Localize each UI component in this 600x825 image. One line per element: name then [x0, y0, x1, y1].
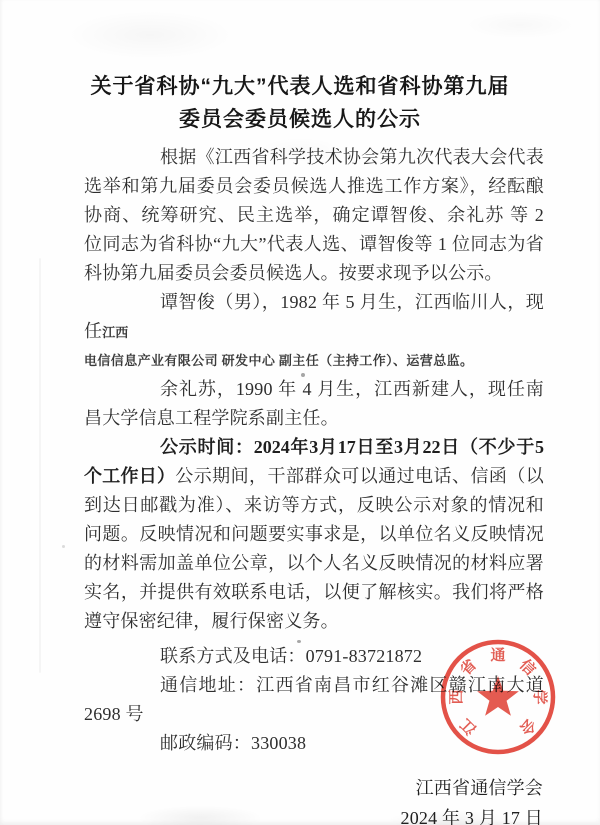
- notice-period-details: 公示期间，干部群众可以通过电话、信函（以到达日邮戳为准）、来访等方式，反映公示对…: [84, 466, 544, 631]
- candidate-tan-main: 谭智俊（男），1982 年 5 月生，江西临川人，现任: [84, 292, 544, 341]
- document-title: 关于省科协“九大”代表人选和省科协第九届 委员会委员候选人的公示: [0, 0, 600, 136]
- scan-speck: [301, 373, 305, 377]
- candidate-tan-line2: 电信信息产业有限公司 研发中心 副主任（主持工作）、运营总监。: [84, 347, 544, 375]
- contact-phone-line: 联系方式及电话：0791-83721872: [84, 642, 544, 671]
- paragraph-intro: 根据《江西省科学技术协会第九次代表大会代表选举和第九届委员会委员候选人推选工作方…: [84, 143, 544, 288]
- contact-address-line: 通信地址：江西省南昌市红谷滩区赣江南大道 2698 号: [84, 671, 544, 729]
- signature-date: 2024 年 3 月 17 日: [84, 803, 543, 825]
- contact-postal-line: 邮政编码：330038: [84, 729, 544, 758]
- scan-speck: [62, 545, 65, 548]
- paragraph-candidate-tan: 谭智俊（男），1982 年 5 月生，江西临川人，现任江西 电信信息产业有限公司…: [84, 288, 544, 375]
- scan-artifact-line: [39, 258, 41, 673]
- candidate-tan-small-inline: 江西: [102, 325, 128, 340]
- paragraph-notice-period: 公示时间：2024年3月17日至3月22日（不少于5个工作日）公示期间，干部群众…: [84, 433, 544, 636]
- document-body: 根据《江西省科学技术协会第九次代表大会代表选举和第九届委员会委员候选人推选工作方…: [84, 143, 544, 825]
- signature-block: 江西省通信学会 2024 年 3 月 17 日: [84, 773, 544, 825]
- document-title-line1: 关于省科协“九大”代表人选和省科协第九届: [0, 70, 600, 103]
- document-page: 关于省科协“九大”代表人选和省科协第九届 委员会委员候选人的公示 根据《江西省科…: [0, 0, 600, 825]
- signature-org: 江西省通信学会: [84, 773, 543, 803]
- paragraph-candidate-yu: 余礼苏，1990 年 4 月生，江西新建人，现任南昌大学信息工程学院系副主任。: [84, 375, 544, 433]
- candidate-tan-line1: 谭智俊（男），1982 年 5 月生，江西临川人，现任江西: [84, 288, 544, 347]
- document-title-line2: 委员会委员候选人的公示: [0, 103, 600, 136]
- scan-speck: [297, 640, 301, 643]
